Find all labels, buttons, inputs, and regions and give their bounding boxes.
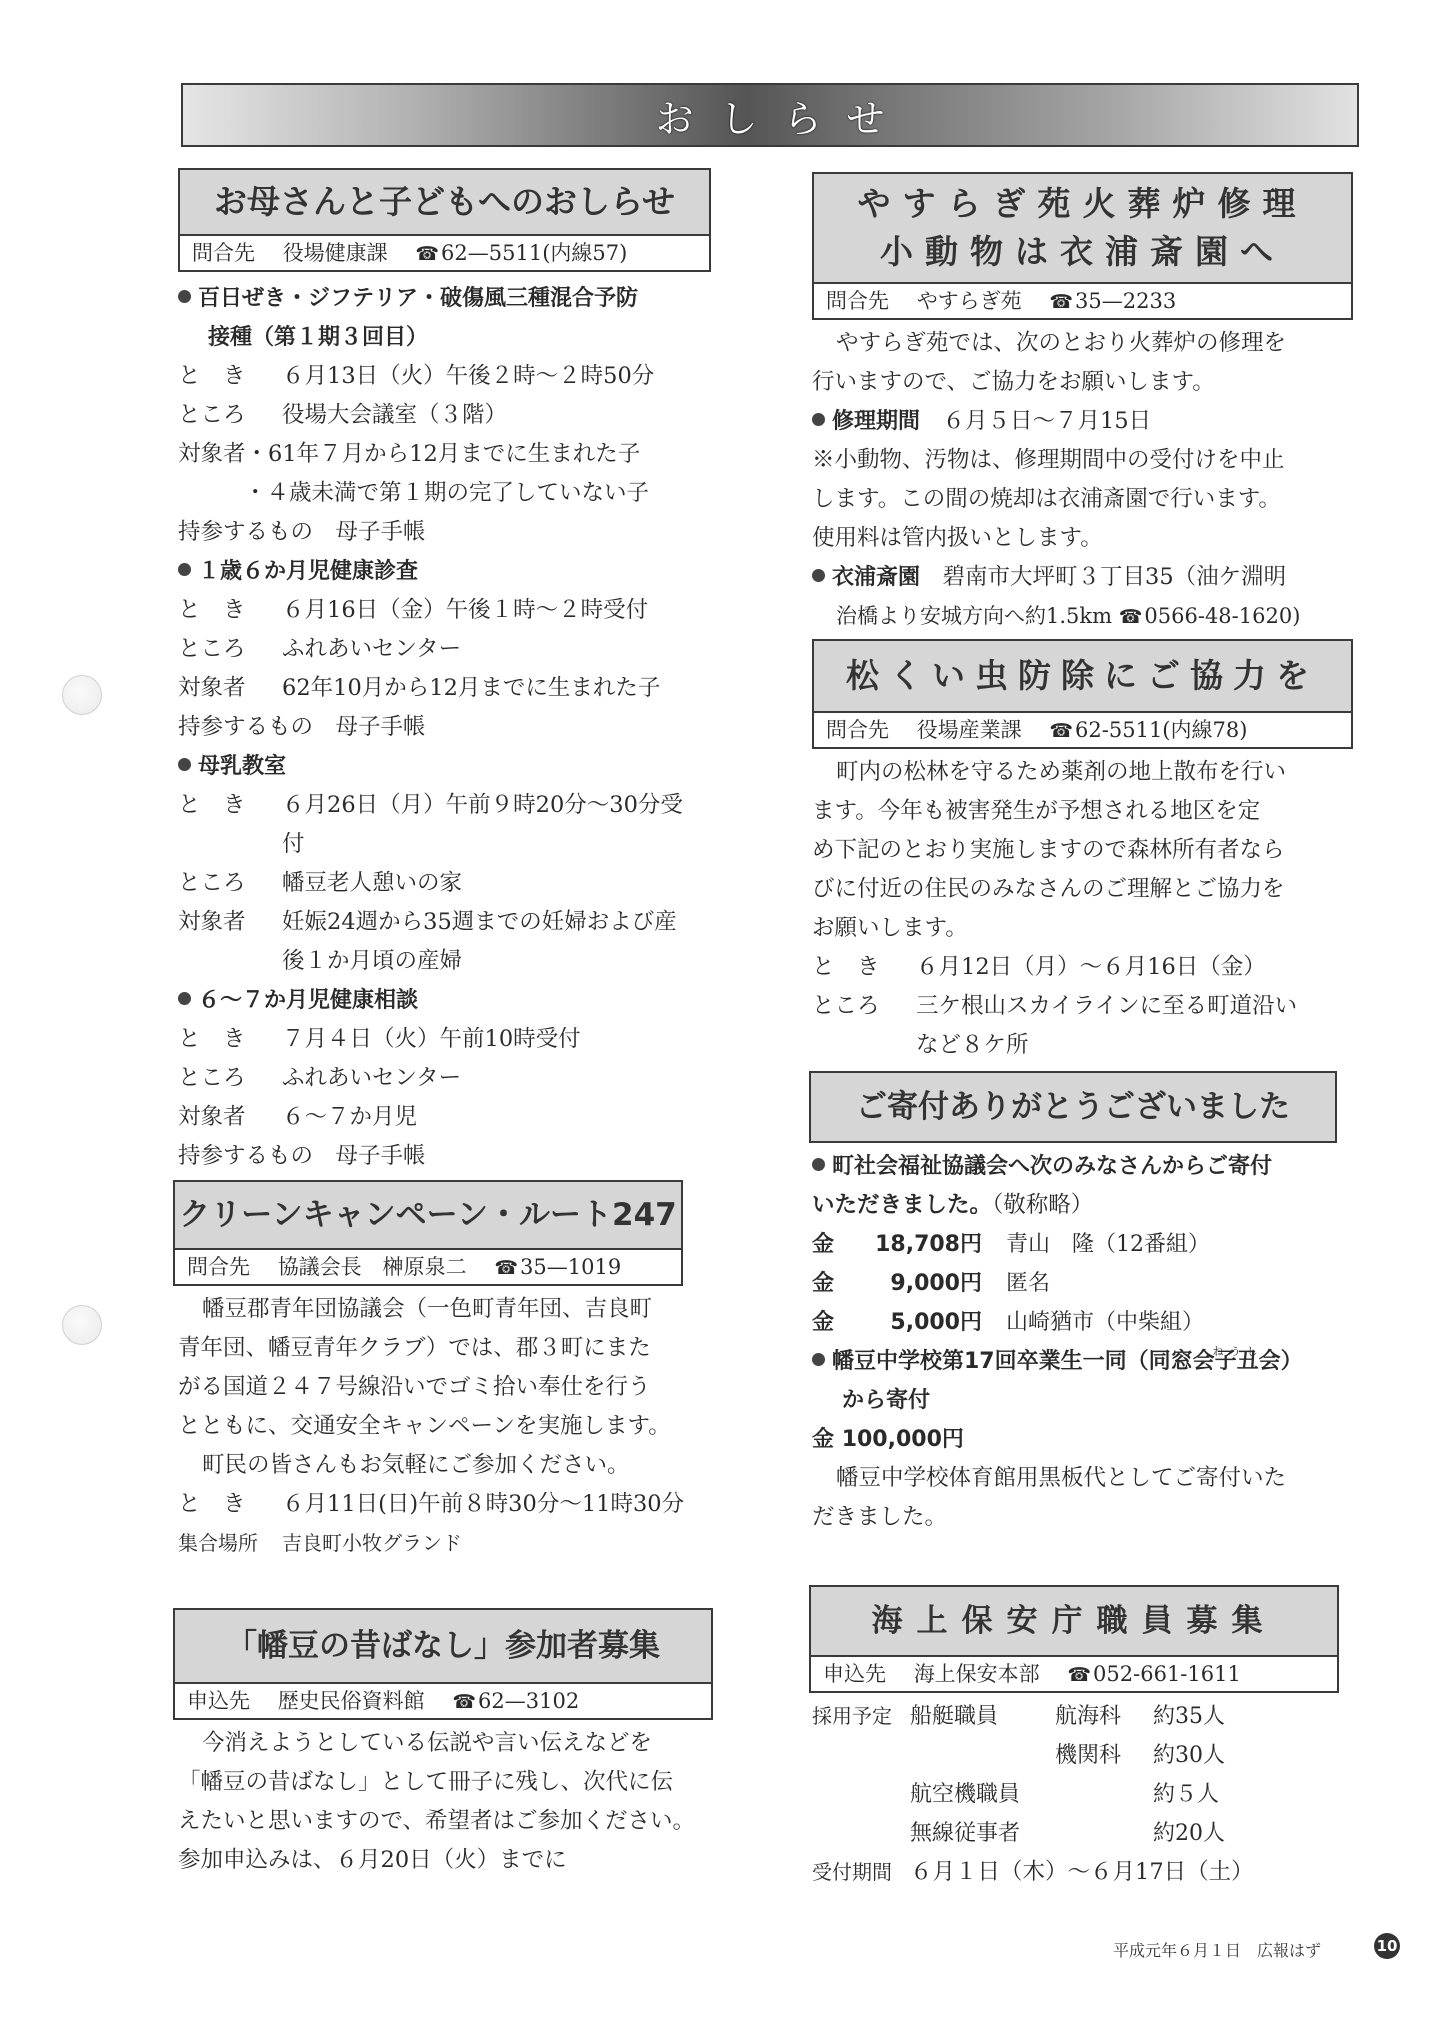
section-title: 「幡豆の昔ばなし」参加者募集 — [175, 1610, 711, 1684]
banner-title: おしらせ — [630, 88, 911, 143]
binder-hole-top — [62, 675, 102, 715]
phone-icon — [1067, 1662, 1093, 1686]
bullet-icon — [178, 290, 191, 303]
section-folk-tales: 「幡豆の昔ばなし」参加者募集 申込先 歴史民俗資料館 62—3102 今消えよう… — [178, 1608, 730, 1880]
section-title: やすらぎ苑火葬炉修理 小動物は衣浦斎園へ — [814, 174, 1351, 284]
page-banner: おしらせ — [181, 83, 1359, 147]
phone-icon — [1049, 289, 1075, 313]
table-row: 金 18,708円 青山 隆（12番組） — [812, 1225, 1210, 1264]
section-title: お母さんと子どもへのおしらせ — [180, 170, 709, 236]
section-title: 海上保安庁職員募集 — [811, 1587, 1337, 1657]
bullet-icon — [178, 758, 191, 771]
donation-table: 金 18,708円 青山 隆（12番組） 金 9,000円 匿名 金 5,000… — [812, 1225, 1210, 1342]
contact-line: 問合先 役場産業課 62-5511(内線78) — [814, 713, 1351, 747]
left-column: お母さんと子どもへのおしらせ 問合先 役場健康課 62—5511(内線57) 百… — [178, 168, 730, 1880]
table-row: 無線従事者 約20人 — [812, 1814, 1225, 1853]
contact-line: 申込先 歴史民俗資料館 62—3102 — [175, 1684, 711, 1718]
section-clean-campaign: クリーンキャンペーン・ルート247 問合先 協議会長 榊原泉二 35—1019 … — [178, 1180, 730, 1563]
phone-icon — [494, 1255, 520, 1279]
phone-icon — [1119, 604, 1145, 628]
section-header: ご寄付ありがとうございました — [809, 1071, 1337, 1143]
bullet-icon — [812, 569, 825, 582]
item-vaccination: 百日ぜき・ジフテリア・破傷風三種混合予防 接種（第１期３回目） と き６月13日… — [178, 279, 730, 552]
item-breastfeeding-class: 母乳教室 と き６月26日（月）午前９時20分～30分受 付 ところ幡豆老人憩い… — [178, 747, 730, 981]
page-number: 10 — [1374, 1933, 1400, 1959]
phone-icon — [1049, 718, 1075, 742]
binder-hole-bottom — [62, 1305, 102, 1345]
ruby-annotation: ねうし子丑 — [1215, 1349, 1259, 1374]
item-infant-consultation: ６～７か月児健康相談 と き７月４日（火）午前10時受付 ところふれあいセンター… — [178, 981, 730, 1176]
section-header: 海上保安庁職員募集 申込先 海上保安本部 052-661-1611 — [809, 1585, 1339, 1693]
section-coast-guard: 海上保安庁職員募集 申込先 海上保安本部 052-661-1611 採用予定 船… — [812, 1585, 1360, 1892]
section-title: クリーンキャンペーン・ルート247 — [175, 1182, 681, 1250]
phone-icon — [415, 241, 441, 265]
phone-icon — [452, 1689, 478, 1713]
recruitment-table: 採用予定 船艇職員 航海科 約35人 機関科 約30人 航空機職員 約５人 無線… — [812, 1697, 1225, 1853]
table-row: 航空機職員 約５人 — [812, 1775, 1225, 1814]
section-donations: ご寄付ありがとうございました 町社会福祉協議会へ次のみなさんからご寄付 いただき… — [812, 1071, 1360, 1537]
table-row: 機関科 約30人 — [812, 1736, 1225, 1775]
bullet-icon — [812, 1353, 825, 1366]
contact-line: 問合先 やすらぎ苑 35—2233 — [814, 284, 1351, 318]
contact-line: 問合先 協議会長 榊原泉二 35—1019 — [175, 1250, 681, 1284]
table-row: 金 5,000円 山崎猶市（中柴組） — [812, 1303, 1210, 1342]
item-18month-checkup: １歳６か月児健康診査 と き６月16日（金）午後１時～２時受付 ところふれあいセ… — [178, 552, 730, 747]
bullet-icon — [178, 992, 191, 1005]
section-title: ご寄付ありがとうございました — [811, 1073, 1335, 1141]
bullet-icon — [812, 413, 825, 426]
right-column: やすらぎ苑火葬炉修理 小動物は衣浦斎園へ 問合先 やすらぎ苑 35—2233 や… — [812, 172, 1360, 1892]
section-header: クリーンキャンペーン・ルート247 問合先 協議会長 榊原泉二 35—1019 — [173, 1180, 683, 1286]
contact-line: 申込先 海上保安本部 052-661-1611 — [811, 1657, 1337, 1691]
table-row: 金 9,000円 匿名 — [812, 1264, 1210, 1303]
section-pine-beetle: 松くい虫防除にご協力を 問合先 役場産業課 62-5511(内線78) 町内の松… — [812, 639, 1360, 1065]
section-header: お母さんと子どもへのおしらせ 問合先 役場健康課 62—5511(内線57) — [178, 168, 711, 272]
footer-publication: 平成元年６月１日 広報はず — [1113, 1938, 1321, 1961]
section-crematorium: やすらぎ苑火葬炉修理 小動物は衣浦斎園へ 問合先 やすらぎ苑 35—2233 や… — [812, 172, 1360, 637]
table-row: 採用予定 船艇職員 航海科 約35人 — [812, 1697, 1225, 1736]
section-header: 「幡豆の昔ばなし」参加者募集 申込先 歴史民俗資料館 62—3102 — [173, 1608, 713, 1720]
section-header: 松くい虫防除にご協力を 問合先 役場産業課 62-5511(内線78) — [812, 639, 1353, 749]
section-title: 松くい虫防除にご協力を — [814, 641, 1351, 713]
section-mother-child: お母さんと子どもへのおしらせ 問合先 役場健康課 62—5511(内線57) 百… — [178, 168, 730, 1176]
section-header: やすらぎ苑火葬炉修理 小動物は衣浦斎園へ 問合先 やすらぎ苑 35—2233 — [812, 172, 1353, 320]
bullet-icon — [812, 1158, 825, 1171]
contact-line: 問合先 役場健康課 62—5511(内線57) — [180, 236, 709, 270]
bullet-icon — [178, 563, 191, 576]
